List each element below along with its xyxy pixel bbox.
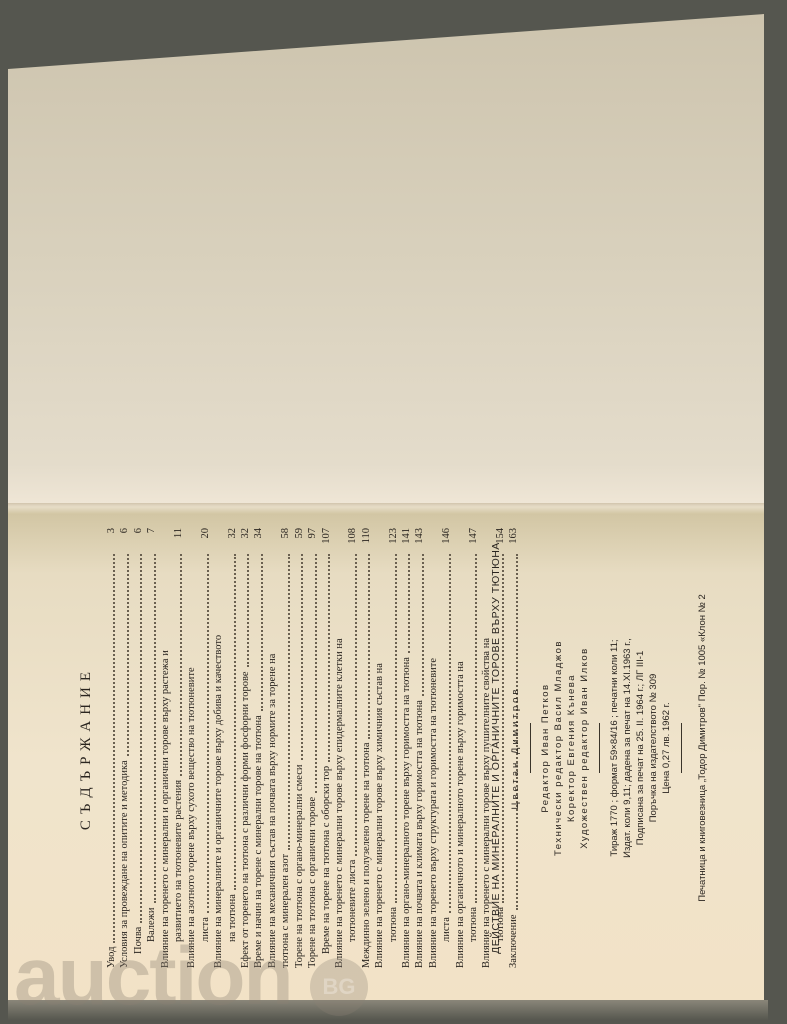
toc-entry-page: 6: [132, 528, 145, 550]
toc-entry-label: Влияние на торенето върху структурата и …: [427, 658, 440, 968]
dot-leader: [127, 554, 129, 756]
toc-heading: СЪДЪРЖАНИЕ: [78, 528, 95, 968]
toc-entry-label: Влияние на торенето с минерални торове в…: [373, 663, 386, 968]
toc-entry: листа20: [199, 528, 212, 968]
dot-leader: [140, 554, 142, 923]
toc-entry-label: Влияние на почвата и климата върху горим…: [413, 700, 426, 968]
dot-leader: [207, 554, 209, 913]
toc-entry: Влияние на почвата и климата върху горим…: [413, 528, 426, 968]
print-detail: Поръчка на издателството № 309: [647, 528, 660, 968]
toc-entry: Влияние на механичния състав на почвата …: [266, 528, 279, 968]
toc-entry-label: Влияние на механичния състав на почвата …: [266, 654, 279, 968]
divider: [681, 723, 682, 773]
toc-entry: Влияние на торенето с минерални и органи…: [159, 528, 172, 968]
dot-leader: [449, 554, 451, 913]
dot-leader: [395, 554, 397, 903]
dot-leader: [234, 554, 236, 890]
toc-entry: Влияние на минералните и органичните тор…: [212, 528, 225, 968]
toc-entry-label: Междинно зелено и полузелено торене на т…: [360, 743, 373, 968]
toc-entry-label: Влияние на торенето с минерални и органи…: [159, 650, 172, 968]
dot-leader: [315, 554, 317, 793]
toc-entry-page: 58: [279, 528, 292, 550]
toc-entry: Ефект от торенето на тютюна с различни ф…: [239, 528, 252, 968]
divider: [599, 723, 600, 773]
toc-entry: Торене на тютюна с органични торове97: [306, 528, 319, 968]
toc-entry: Време на торене на тютюна с оборски тор1…: [320, 528, 333, 968]
toc-entry-page: 147: [467, 528, 480, 550]
dot-leader: [408, 554, 410, 653]
toc-entry: Междинно зелено и полузелено торене на т…: [360, 528, 373, 968]
toc-entry-page: 11: [172, 528, 185, 550]
dot-leader: [113, 554, 115, 943]
credit-line: Технически редактор Васил Младжов: [552, 528, 565, 968]
toc-entry-label: листа: [440, 917, 453, 942]
toc-entry-page: 32: [239, 528, 252, 550]
dot-leader: [247, 554, 249, 667]
toc-entry-page: 6: [118, 528, 131, 550]
author-name: Цветан Димитров: [509, 528, 522, 968]
toc-entry-page: 146: [440, 528, 453, 550]
printer-line: Печатница и книговезница „Тодор Димитров…: [696, 528, 709, 968]
toc-entry: тютюневите листа108: [346, 528, 359, 968]
toc-entry: Влияние на органо-минералното торене вър…: [400, 528, 413, 968]
toc-entry: тютюна123: [387, 528, 400, 968]
watermark-badge: BG: [310, 958, 368, 1016]
toc-entry-label: Време на торене на тютюна с оборски тор: [320, 766, 333, 954]
toc-entry-page: 141: [400, 528, 413, 550]
toc-entry-page: 3: [105, 528, 118, 550]
rotated-content: СЪДЪРЖАНИЕ Увод3Условия за провеждане на…: [70, 528, 770, 968]
credit-line: Коректор Евгения Кънева: [565, 528, 578, 968]
toc-entry-label: Влияние на органо-минералното торене вър…: [400, 657, 413, 968]
toc-entry-page: 108: [346, 528, 359, 550]
toc-entry-page: 97: [306, 528, 319, 550]
toc-entry-label: Ефект от торенето на тютюна с различни ф…: [239, 671, 252, 968]
toc-entry: Увод3: [105, 528, 118, 968]
dot-leader: [422, 554, 424, 696]
credit-line: Художествен редактор Иван Илков: [578, 528, 591, 968]
book-title: ДЕЙСТВИЕ НА МИНЕРАЛНИТЕ И ОРГАНИЧНИТЕ ТО…: [490, 528, 503, 968]
toc-entry: Валежи7: [145, 528, 158, 968]
toc-entry-page: 32: [226, 528, 239, 550]
toc-entry: Условия за провеждане на опитите и метод…: [118, 528, 131, 968]
toc-entry-label: тютюна: [467, 907, 480, 942]
toc-entry-label: Влияние на торенето с минерални торове в…: [333, 638, 346, 968]
toc-entry-label: тютюна: [387, 907, 400, 942]
dot-leader: [180, 554, 182, 776]
print-detail: Подписана за печат на 25. II. 1964 г.; Л…: [634, 528, 647, 968]
toc-entry-page: 20: [199, 528, 212, 550]
dot-leader: [328, 554, 330, 762]
toc-entry: тютюна с минерален азот58: [279, 528, 292, 968]
toc-entry-page: 107: [320, 528, 333, 550]
dot-leader: [355, 554, 357, 856]
toc-entry: на тютюна32: [226, 528, 239, 968]
toc-entry: тютюна147: [467, 528, 480, 968]
dot-leader: [368, 554, 370, 739]
toc-entry: развитието на тютюневите растения11: [172, 528, 185, 968]
dot-leader: [261, 554, 263, 711]
toc-entry-page: 143: [413, 528, 426, 550]
toc-entry-page: 123: [387, 528, 400, 550]
toc-entry-page: 110: [360, 528, 373, 550]
toc-entry: Влияние на органичното и минералното тор…: [454, 528, 467, 968]
toc-entry: Влияние на торенето върху структурата и …: [427, 528, 440, 968]
toc-entry-label: Влияние на азотното торене върху сухото …: [185, 667, 198, 968]
dot-leader: [475, 554, 477, 903]
toc-entry-label: Торене на тютюна с органо-минерални смес…: [293, 765, 306, 969]
print-detail: Издат. коли 9,11; дадена за печат на 14.…: [621, 528, 634, 968]
page-fold-line: [8, 503, 764, 507]
toc-entry-label: Влияние на органичното и минералното тор…: [454, 661, 467, 968]
toc-entry-label: развитието на тютюневите растения: [172, 780, 185, 942]
toc-entry: Торене на тютюна с органо-минерални смес…: [293, 528, 306, 968]
toc-entry: Влияние на торенето с минерални торове в…: [373, 528, 386, 968]
toc-entry-page: 34: [252, 528, 265, 550]
toc-entry-label: Торене на тютюна с органични торове: [306, 797, 319, 968]
print-detail: Цена 0,27 лв. 1962 г.: [660, 528, 673, 968]
print-detail: Тираж 1770 ; формат 59×84/16 ; печатни к…: [608, 528, 621, 968]
toc-entry: Влияние на торенето с минерални торове в…: [333, 528, 346, 968]
toc-entry-page: 7: [145, 528, 158, 550]
toc-entry: Почва6: [132, 528, 145, 968]
divider: [530, 723, 531, 773]
dot-leader: [288, 554, 290, 850]
toc-entry-page: 59: [293, 528, 306, 550]
table-of-contents: Увод3Условия за провеждане на опитите и …: [105, 528, 521, 968]
dot-leader: [301, 554, 303, 761]
toc-entry: листа146: [440, 528, 453, 968]
toc-entry-label: Влияние на минералните и органичните тор…: [212, 635, 225, 968]
credit-line: Редактор Иван Петков: [539, 528, 552, 968]
toc-entry: Влияние на азотното торене върху сухото …: [185, 528, 198, 968]
toc-entry: Време и начин на торене с минерални торо…: [252, 528, 265, 968]
colophon: ДЕЙСТВИЕ НА МИНЕРАЛНИТЕ И ОРГАНИЧНИТЕ ТО…: [490, 528, 709, 968]
toc-entry-label: тютюневите листа: [346, 860, 359, 942]
dot-leader: [154, 554, 156, 903]
watermark-text: auction: [14, 930, 292, 1024]
